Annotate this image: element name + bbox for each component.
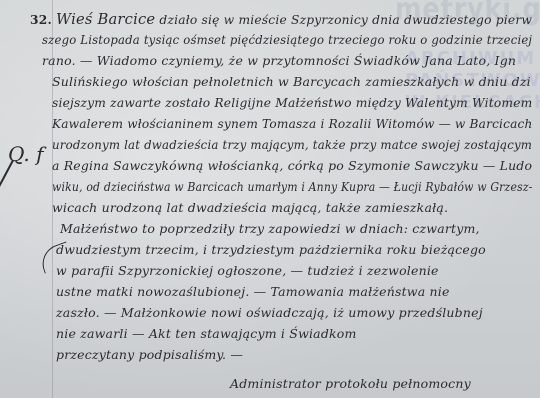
text-line: Małżeństwo to poprzedziły trzy zapowiedz… [60, 221, 480, 236]
text-line: ustne matki nowozaślubionej. — Tamowania… [56, 284, 450, 299]
record-header: 32. Wieś Barcice działo się w mieście Sz… [30, 10, 532, 28]
record-village: Wieś Barcice [56, 10, 155, 28]
margin-annotation: Q. f [8, 142, 44, 166]
signature-line: Administrator protokołu pełnomocny [230, 376, 471, 391]
text-line: nie zawarli — Akt ten stawającym i Świad… [56, 326, 357, 341]
text-line: urodzonym lat dwadzieścia trzy mającym, … [52, 137, 532, 152]
text-line: Kawalerem włościaninem synem Tomasza i R… [52, 116, 533, 131]
text-line: siejszym zawarte zostało Religijne Małże… [52, 95, 532, 110]
text-line: dwudziestym trzecim, i trzydziestym pażd… [56, 242, 486, 257]
text-line: a Regina Sawczykówną włościanką, córką p… [52, 158, 532, 173]
scanned-document-page: metryki.genealodzy ARCHIWUM PAŃSTWOWE W … [0, 0, 540, 398]
text-line: szego Listopada tysiąc ośmset pięćdziesi… [42, 32, 532, 47]
text-line: w parafii Szpyrzonickiej ogłoszone, — tu… [56, 263, 439, 278]
text-line: wiku, od dzieciństwa w Barcicach umarłym… [52, 179, 533, 194]
text-line: przeczytany podpisaliśmy. — [56, 347, 243, 362]
text-line: działo się w mieście Szpyrzonicy dnia dw… [159, 12, 532, 27]
text-line: zaszło. — Małżonkowie nowi oświadczają, … [56, 305, 483, 320]
margin-slash-mark [0, 160, 13, 207]
text-line: Sulińskiego włościan pełnoletnich w Barc… [52, 74, 531, 89]
text-line: rano. — Wiadomo czyniemy, że w przytomno… [42, 53, 516, 68]
record-number: 32. [30, 12, 52, 27]
text-line: wicach urodzoną lat dwadzieścia mającą, … [52, 200, 448, 215]
